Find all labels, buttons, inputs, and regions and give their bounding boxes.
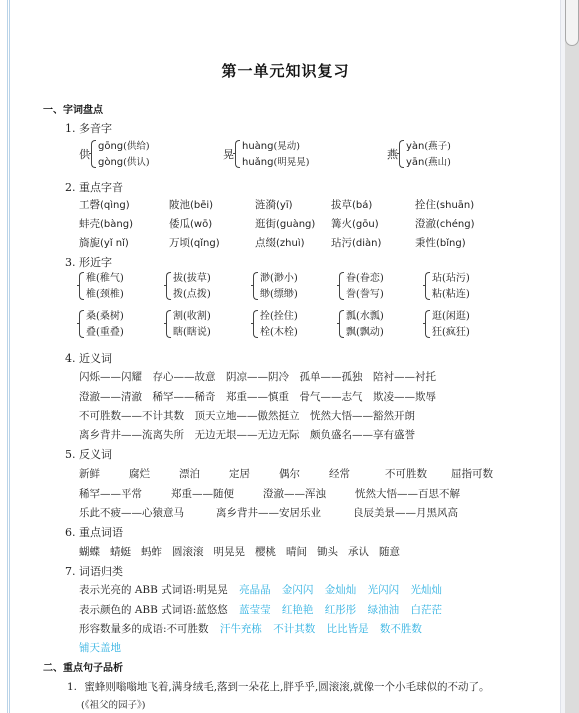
antonym-pair: 恍然大悟——百思不解 xyxy=(355,486,460,501)
pinyin: yàn xyxy=(406,141,424,152)
answer-word: 光闪闪 xyxy=(368,584,400,596)
subheading-polyphones: 1. 多音字 xyxy=(65,120,112,136)
char-example: 飘(飘动) xyxy=(346,327,384,338)
pinyin: (bá) xyxy=(352,200,372,211)
answer-word: 光灿灿 xyxy=(410,584,442,596)
subheading-classification: 7. 词语归类 xyxy=(65,563,123,579)
word: 蚌壳 xyxy=(79,218,100,230)
pinyin: (bǐng) xyxy=(436,238,466,249)
subheading-antonyms: 5. 反义词 xyxy=(65,446,112,462)
char-example: 稚(稚气) xyxy=(86,273,124,284)
char-example: 拔(拔草) xyxy=(173,273,211,284)
brace-icon xyxy=(253,310,258,338)
word: 旖旎 xyxy=(79,237,100,249)
brace-icon xyxy=(166,272,171,300)
subheading-similar-chars: 3. 形近字 xyxy=(65,254,112,270)
answer-word: 金灿灿 xyxy=(325,584,357,596)
brace-icon xyxy=(425,310,430,338)
answer-word: 亮晶晶 xyxy=(239,584,271,596)
brace-icon xyxy=(339,310,344,338)
brace-icon xyxy=(79,310,84,338)
brace-icon xyxy=(79,272,84,300)
window-left-border xyxy=(7,0,10,713)
antonym-word: 屈指可数 xyxy=(451,466,493,481)
char-example: 桑(桑树) xyxy=(86,311,124,322)
similar-char-pair: 割(收割)瞎(瞎说) xyxy=(166,310,211,338)
antonym-word: 新鲜 xyxy=(79,466,100,481)
similar-char-pair: 渺(渺小)缈(缥缈) xyxy=(253,272,298,300)
example-word: (供给) xyxy=(123,141,149,152)
classification-row: 铺天盖地 xyxy=(79,640,121,655)
char-example: 拴(拴住) xyxy=(260,311,298,322)
similar-char-pair: 拔(拔草)拨(点拨) xyxy=(166,272,211,300)
answer-word: 比比皆是 xyxy=(327,623,369,635)
key-word: 樱桃 xyxy=(255,544,276,559)
scrollbar-thumb[interactable] xyxy=(565,0,579,46)
pinyin: huàng xyxy=(242,141,274,152)
document-page: 第一单元知识复习 一、字词盘点 1. 多音字 供 gōng(供给) gòng(供… xyxy=(11,0,560,713)
char-example: 逛(闲逛) xyxy=(432,311,470,322)
key-word-list: 蝴蝶蜻蜓蚂蚱圆滚滚明晃晃樱桃晴间锄头承认随意 xyxy=(79,544,400,559)
answer-word: 红彤彤 xyxy=(325,604,357,616)
char-example: 割(收割) xyxy=(173,311,211,322)
word: 澄澈 xyxy=(415,218,436,230)
answer-word: 数不胜数 xyxy=(380,623,422,635)
word: 陂池 xyxy=(169,199,190,211)
example-word: (明晃晃) xyxy=(274,157,310,168)
brace-icon xyxy=(166,310,171,338)
pinyin: gòng xyxy=(98,157,123,168)
brace-icon xyxy=(339,272,344,300)
pinyin: (qǐng) xyxy=(190,238,220,249)
similar-char-pair: 拴(拴住)栓(木栓) xyxy=(253,310,298,338)
answer-word: 蓝莹莹 xyxy=(239,604,271,616)
char-example: 狂(疯狂) xyxy=(432,327,470,338)
subheading-key-sounds: 2. 重点字音 xyxy=(65,179,123,195)
similar-char-pair: 玷(玷污)粘(粘连) xyxy=(425,272,470,300)
brace-icon xyxy=(235,140,240,168)
word: 倭瓜 xyxy=(169,218,190,230)
sentence-source: (《祖父的园子》) xyxy=(81,697,145,711)
word: 点缀 xyxy=(255,237,276,249)
sentence-number: 1. xyxy=(67,681,77,693)
example-word: (燕山) xyxy=(424,157,450,168)
brace-icon xyxy=(253,272,258,300)
char-example: 瓢(水瓢) xyxy=(346,311,384,322)
pinyin: (shuān) xyxy=(436,200,474,211)
example-word: (供认) xyxy=(123,157,149,168)
classification-row: 形容数量多的成语:不可胜数 汗牛充栋 不计其数 比比皆是 数不胜数 xyxy=(79,621,422,636)
pinyin: (yī) xyxy=(276,200,293,211)
char-example: 叠(重叠) xyxy=(86,327,124,338)
sentence-item: 1. 蜜蜂则嗡嗡地飞着,满身绒毛,落到一朵花上,胖乎乎,圆滚滚,就像一个小毛球似… xyxy=(67,679,490,694)
page-title: 第一单元知识复习 xyxy=(11,60,560,81)
word: 涟漪 xyxy=(255,199,276,211)
synonym-row: 澄澈——清澈 稀罕——稀奇 郑重——慎重 骨气——志气 欺凌——欺辱 xyxy=(79,389,436,404)
synonym-row: 不可胜数——不计其数 顶天立地——傲然挺立 恍然大悟——豁然开朗 xyxy=(79,408,415,423)
pinyin: (yǐ nǐ) xyxy=(100,238,129,249)
antonym-word: 不可胜数 xyxy=(385,466,427,481)
pinyin: (gōu) xyxy=(352,219,379,230)
classification-prefix: 表示光亮的 ABB 式词语:明晃晃 xyxy=(79,584,228,596)
char-example: 眷(眷恋) xyxy=(346,273,384,284)
similar-char-pair: 逛(闲逛)狂(疯狂) xyxy=(425,310,470,338)
polyphone-item: 供 gōng(供给) gòng(供认) xyxy=(79,140,150,168)
pinyin: (zhuì) xyxy=(276,238,305,249)
key-word: 晴间 xyxy=(286,544,307,559)
similar-char-pair: 眷(眷恋)誊(誊写) xyxy=(339,272,384,300)
answer-word: 白茫茫 xyxy=(410,604,442,616)
antonym-pair: 稀罕——平常 xyxy=(79,486,142,501)
word: 逛街 xyxy=(255,218,276,230)
sentence-text: 蜜蜂则嗡嗡地飞着,满身绒毛,落到一朵花上,胖乎乎,圆滚滚,就像一个小毛球似的不动… xyxy=(84,681,489,693)
pinyin: huǎng xyxy=(242,157,274,168)
classification-prefix: 表示颜色的 ABB 式词语:蓝悠悠 xyxy=(79,604,228,616)
classification-row: 表示光亮的 ABB 式词语:明晃晃 亮晶晶 金闪闪 金灿灿 光闪闪 光灿灿 xyxy=(79,582,442,597)
synonym-row: 离乡背井——流离失所 无边无垠——无边无际 颇负盛名——享有盛誉 xyxy=(79,427,415,442)
antonym-pair: 离乡背井——安居乐业 xyxy=(216,505,321,520)
word: 秉性 xyxy=(415,237,436,249)
answer-word: 红艳艳 xyxy=(282,604,314,616)
char-example: 拨(点拨) xyxy=(173,289,211,300)
subheading-key-words: 6. 重点词语 xyxy=(65,524,123,540)
char-example: 粘(粘连) xyxy=(432,289,470,300)
answer-word: 金闪闪 xyxy=(282,584,314,596)
antonym-pair: 郑重——随便 xyxy=(171,486,234,501)
key-word: 蜻蜓 xyxy=(110,544,131,559)
brace-icon xyxy=(91,140,96,168)
antonym-pair: 乐此不疲——心猿意马 xyxy=(79,505,184,520)
answer-word: 铺天盖地 xyxy=(79,642,121,654)
antonym-pair: 良辰美景——月黑风高 xyxy=(353,505,458,520)
word: 篝火 xyxy=(331,218,352,230)
char-example: 玷(玷污) xyxy=(432,273,470,284)
pinyin: (diàn) xyxy=(352,238,381,249)
answer-word: 汗牛充栋 xyxy=(220,623,262,635)
pinyin: (bàng) xyxy=(100,219,133,230)
word: 拔草 xyxy=(331,199,352,211)
antonym-pair: 澄澈——浑浊 xyxy=(263,486,326,501)
polyphone-item: 燕 yàn(燕子) yān(燕山) xyxy=(387,140,451,168)
similar-char-pair: 稚(稚气)椎(颈椎) xyxy=(79,272,124,300)
classification-row: 表示颜色的 ABB 式词语:蓝悠悠 蓝莹莹 红艳艳 红彤彤 绿油油 白茫茫 xyxy=(79,602,442,617)
subheading-synonyms: 4. 近义词 xyxy=(65,350,112,366)
pinyin: (qìng) xyxy=(100,200,130,211)
antonym-word: 经常 xyxy=(329,466,350,481)
antonym-word: 漂泊 xyxy=(179,466,200,481)
key-word: 承认 xyxy=(348,544,369,559)
vertical-scrollbar[interactable] xyxy=(565,0,579,713)
char-example: 瞎(瞎说) xyxy=(173,327,211,338)
pinyin: gōng xyxy=(98,141,123,152)
section-heading-sentences: 二、重点句子品析 xyxy=(43,659,123,674)
classification-prefix: 形容数量多的成语:不可胜数 xyxy=(79,623,209,635)
word: 玷污 xyxy=(331,237,352,249)
key-word: 随意 xyxy=(379,544,400,559)
pinyin: (bēi) xyxy=(190,200,213,211)
char-example: 渺(渺小) xyxy=(260,273,298,284)
word: 万顷 xyxy=(169,237,190,249)
char-example: 栓(木栓) xyxy=(260,327,298,338)
similar-char-pair: 瓢(水瓢)飘(飘动) xyxy=(339,310,384,338)
word: 工磬 xyxy=(79,199,100,211)
pinyin: (wō) xyxy=(190,219,212,230)
antonym-word: 定居 xyxy=(229,466,250,481)
brace-icon xyxy=(425,272,430,300)
example-word: (燕子) xyxy=(424,141,450,152)
answer-word: 绿油油 xyxy=(368,604,400,616)
synonym-row: 闪烁——闪耀 存心——故意 阴凉——阴冷 孤单——孤独 陪衬——衬托 xyxy=(79,369,436,384)
char-example: 缈(缥缈) xyxy=(260,289,298,300)
answer-word: 不计其数 xyxy=(273,623,315,635)
word: 拴住 xyxy=(415,199,436,211)
antonym-word: 偶尔 xyxy=(279,466,300,481)
section-heading-vocabulary: 一、字词盘点 xyxy=(43,101,103,116)
key-word: 明晃晃 xyxy=(214,544,246,559)
pinyin: (guàng) xyxy=(276,219,315,230)
key-word: 蚂蚱 xyxy=(141,544,162,559)
brace-icon xyxy=(399,140,404,168)
char-example: 椎(颈椎) xyxy=(86,289,124,300)
antonym-word: 腐烂 xyxy=(129,466,150,481)
pinyin: yān xyxy=(406,157,424,168)
char-example: 誊(誊写) xyxy=(346,289,384,300)
key-word: 圆滚滚 xyxy=(172,544,204,559)
polyphone-item: 晃 huàng(晃动) huǎng(明晃晃) xyxy=(223,140,309,168)
key-word: 蝴蝶 xyxy=(79,544,100,559)
pinyin: (chéng) xyxy=(436,219,474,230)
example-word: (晃动) xyxy=(274,141,300,152)
key-word: 锄头 xyxy=(317,544,338,559)
similar-char-pair: 桑(桑树)叠(重叠) xyxy=(79,310,124,338)
